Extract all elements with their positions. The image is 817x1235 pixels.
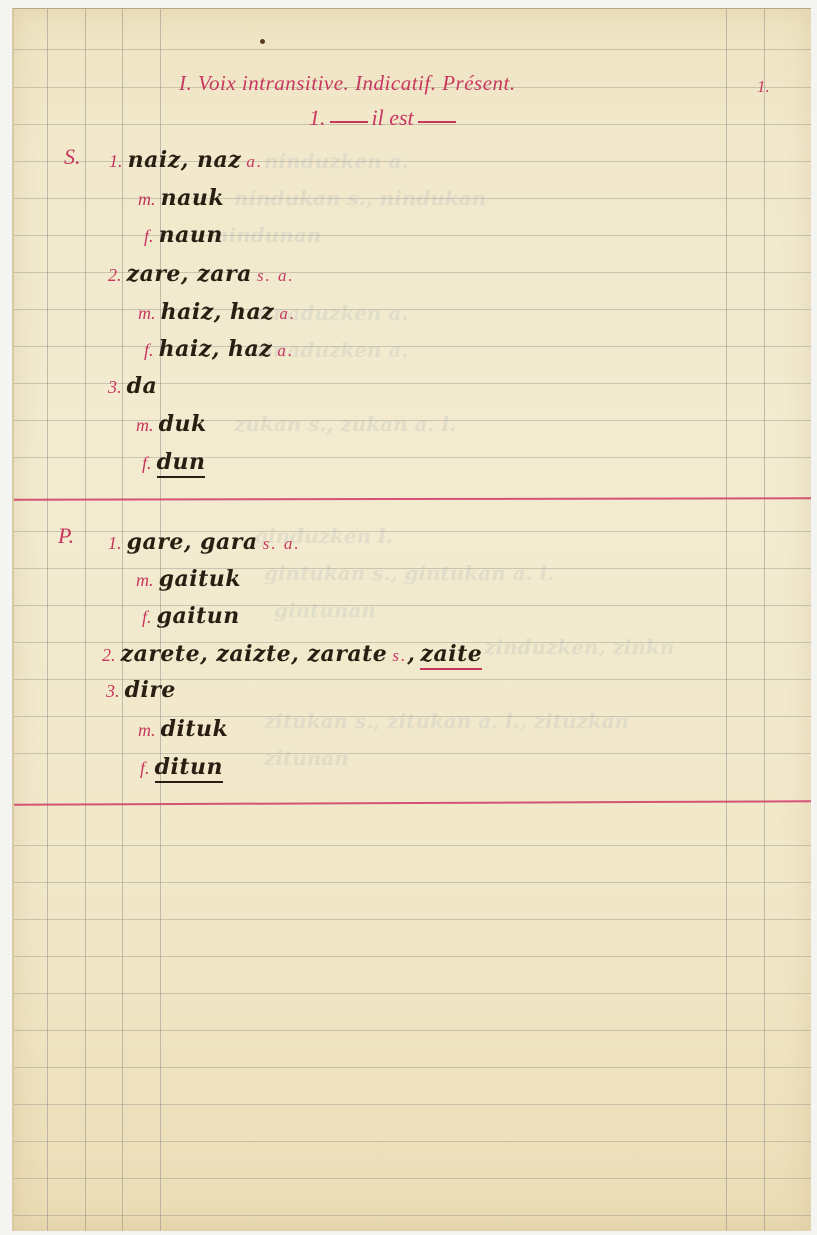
verb-form: zare, zara (127, 261, 252, 287)
person-marker: 3. (106, 681, 120, 701)
gender-marker: m. (138, 720, 156, 740)
bleed-through-text: zitunan (264, 746, 349, 770)
verb-form: ditun (155, 754, 223, 783)
section-separator-rule (14, 497, 811, 500)
gender-marker: f. (142, 453, 152, 473)
verb-form: haiz, haz (159, 336, 273, 362)
margin-line (764, 9, 765, 1231)
person-marker: 2. (108, 265, 122, 285)
dialect-note: s. (392, 646, 407, 665)
gender-marker: f. (142, 607, 152, 627)
ruled-line (14, 956, 811, 957)
ruled-line (14, 1030, 811, 1031)
conjugation-entry: m. nauk (138, 185, 224, 211)
conjugation-entry: 2. zare, zara s. a. (108, 261, 295, 287)
conjugation-entry: m. duk (136, 411, 207, 437)
verb-form: duk (159, 411, 207, 437)
ruled-line (14, 1178, 811, 1179)
bleed-through-text: zitukan s., zitukan a. l., zituzkan (264, 709, 629, 733)
subtitle-number: 1. (309, 105, 326, 130)
verb-form: da (127, 373, 158, 399)
dialect-note: a. (279, 304, 296, 323)
ruled-line (14, 1067, 811, 1068)
conjugation-entry: m. dituk (138, 716, 228, 742)
gender-marker: f. (144, 340, 154, 360)
verb-form-alternate: zaite (420, 641, 482, 670)
dialect-note: a. (277, 341, 294, 360)
ruled-line (14, 309, 811, 310)
verb-form: gaituk (159, 566, 241, 592)
ruled-line (14, 753, 811, 754)
bleed-through-text: gintunan (274, 598, 376, 622)
ruled-line (14, 1104, 811, 1105)
bleed-through-text: gintukan s., gintukan a. l. (264, 561, 554, 585)
conjugation-entry: 3. da (108, 373, 157, 399)
gender-marker: m. (136, 415, 154, 435)
verb-form: dire (125, 677, 176, 703)
ruled-line (14, 845, 811, 846)
verb-form: zarete, zaizte, zarate (121, 641, 388, 667)
verb-form: dituk (161, 716, 229, 742)
dialect-note: s. a. (257, 266, 295, 285)
ink-speck (260, 39, 265, 44)
margin-line (122, 9, 123, 1231)
subtitle-text: il est (372, 105, 414, 130)
verb-form: haiz, haz (161, 299, 275, 325)
ruled-line (14, 1215, 811, 1216)
conjugation-entry: 1. gare, gara s. a. (108, 529, 301, 555)
verb-form: naun (159, 222, 223, 248)
gender-marker: m. (138, 189, 156, 209)
notebook-page: ninduzken a. nindukan s., nindukan nindu… (12, 8, 811, 1231)
ruled-line (14, 993, 811, 994)
verb-form: dun (157, 449, 206, 478)
bleed-through-text: zukan s., zukan a. l. (234, 412, 456, 436)
gender-marker: m. (136, 570, 154, 590)
bleed-through-text: zinduzken, zinkn (484, 635, 674, 659)
blank-underline (330, 121, 368, 123)
ruled-line (14, 235, 811, 236)
bleed-through-text: nindukan s., nindukan (234, 186, 486, 210)
margin-line (47, 9, 48, 1231)
person-marker: 1. (108, 533, 122, 553)
gender-marker: f. (140, 758, 150, 778)
verb-form: nauk (161, 185, 225, 211)
person-marker: 3. (108, 377, 122, 397)
section-label-plural: P. (58, 523, 74, 549)
conjugation-entry: 3. dire (106, 677, 176, 703)
conjugation-entry: f. gaitun (142, 603, 240, 629)
page-title: I. Voix intransitive. Indicatif. Présent… (179, 71, 516, 96)
bleed-through-text: nindunan (214, 223, 321, 247)
section-label-singular: S. (64, 144, 81, 170)
person-marker: 1. (109, 151, 123, 171)
conjugation-entry: m. gaituk (136, 566, 241, 592)
ruled-line (14, 605, 811, 606)
dialect-note: s. a. (263, 534, 301, 553)
conjugation-entry: f. dun (142, 449, 205, 475)
separator: , (407, 641, 415, 667)
ruled-line (14, 457, 811, 458)
margin-line (85, 9, 86, 1231)
verb-form: gare, gara (127, 529, 258, 555)
blank-underline (418, 121, 456, 123)
verb-form: gaitun (157, 603, 240, 629)
bleed-through-text: ninduzken a. (264, 149, 409, 173)
ruled-line (14, 346, 811, 347)
conjugation-entry: m. haiz, haz a. (138, 299, 296, 325)
ruled-line (14, 882, 811, 883)
conjugation-entry: f. naun (144, 222, 223, 248)
conjugation-entry: f. haiz, haz a. (144, 336, 294, 362)
ruled-line (14, 919, 811, 920)
gender-marker: m. (138, 303, 156, 323)
section-separator-rule (14, 800, 811, 805)
ruled-line (14, 49, 811, 50)
gender-marker: f. (144, 226, 154, 246)
page-subtitle: 1.il est (309, 105, 460, 131)
person-marker: 2. (102, 645, 116, 665)
page-number: 1. (757, 77, 770, 97)
margin-line (726, 9, 727, 1231)
conjugation-entry: 1. naiz, naz a. (109, 147, 263, 173)
ruled-line (14, 1141, 811, 1142)
conjugation-entry: f. ditun (140, 754, 223, 780)
verb-form: naiz, naz (128, 147, 242, 173)
conjugation-entry: 2. zarete, zaizte, zarate s., zaite (102, 641, 482, 667)
dialect-note: a. (246, 152, 263, 171)
